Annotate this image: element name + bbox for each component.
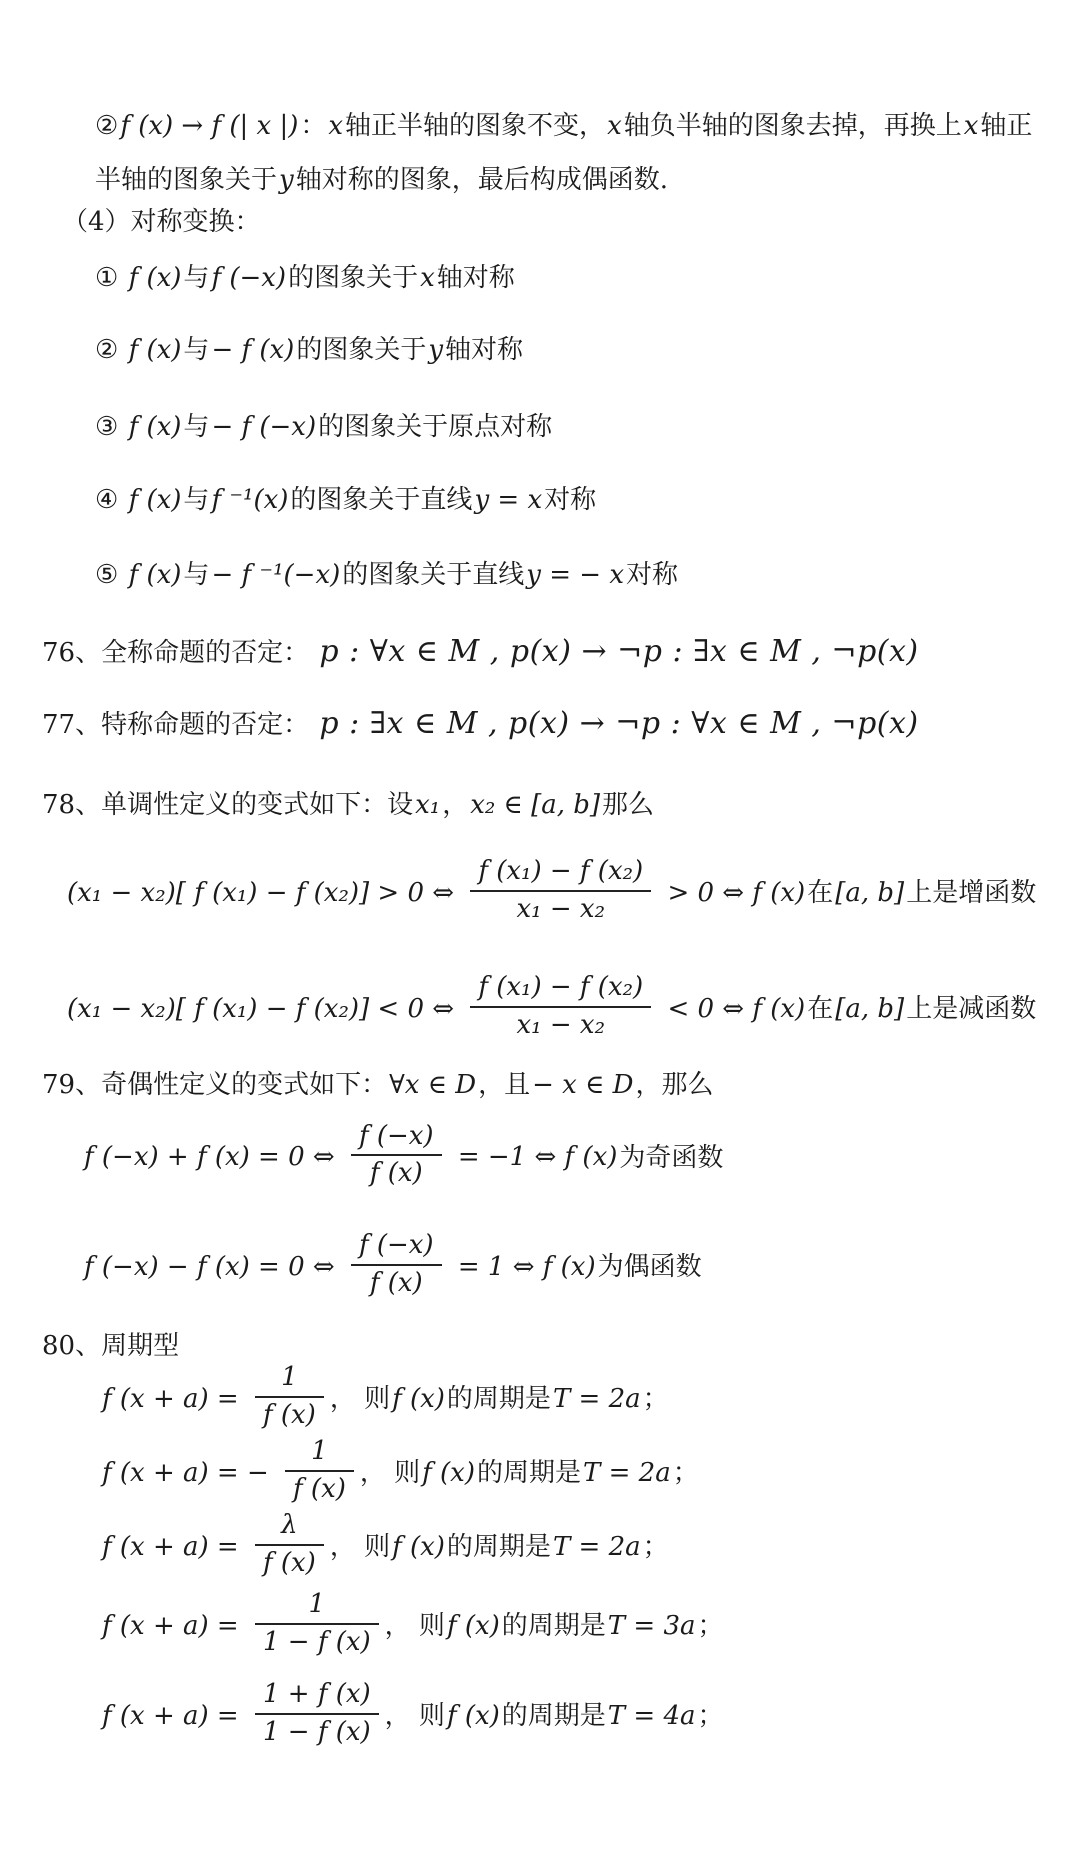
math-run: ∀x ∈ D [387, 1070, 478, 1100]
text-run: ② [95, 335, 127, 365]
math-run: x [326, 111, 345, 141]
math-run: f (x) [390, 1532, 447, 1562]
fraction-numerator: 1 [255, 1363, 324, 1398]
fraction: f (−x)f (x) [351, 1122, 442, 1190]
text-run: ； [643, 1532, 669, 1562]
text-run: 轴正 [980, 111, 1032, 141]
text-run: ， 则 [330, 1532, 390, 1562]
text-run: 为偶函数 [598, 1252, 702, 1282]
math-run: T = 2a [581, 1458, 673, 1488]
text-run: 在 [807, 994, 833, 1024]
text-run: 的周期是 [447, 1532, 551, 1562]
math-run: T = 4a [606, 1701, 698, 1731]
fraction-numerator: 1 [285, 1437, 354, 1472]
math-run: T = 2a [551, 1384, 643, 1414]
item-symmetry-2: ② f (x)与− f (x)的图象关于y轴对称 [0, 330, 1042, 370]
math-run: f (x) [127, 560, 184, 590]
fraction-denominator: f (x) [255, 1398, 324, 1431]
text-run: 半轴的图象关于 [95, 165, 277, 195]
document-page: ②f (x) → f (| x |)：x轴正半轴的图象不变，x轴负半轴的图象去掉… [0, 0, 1080, 1866]
fraction-denominator: f (x) [351, 1266, 442, 1299]
formula-odd-function: f (−x) + f (x) = 0 ⇔ f (−x)f (x) = −1 ⇔ … [0, 1125, 1042, 1193]
text-run: ， [442, 790, 468, 820]
math-run: f (−x) [209, 263, 288, 293]
text-run: 77、特称命题的否定： [42, 710, 317, 740]
math-run: f (x + a) = − [100, 1458, 279, 1488]
math-run: f (x) [445, 1701, 502, 1731]
heading-symmetry-transforms: （4）对称变换： [0, 202, 1042, 242]
math-run: = −1 ⇔ f (x) [448, 1142, 620, 1172]
math-run: f (x + a) = [100, 1611, 249, 1641]
text-run: 76、全称命题的否定： [42, 638, 317, 668]
text-run: ； [643, 1384, 669, 1414]
math-run: T = 3a [606, 1611, 698, 1641]
text-run: ③ [95, 412, 127, 442]
math-run: p : ∀x ∈ M , p(x) → ¬p : ∃x ∈ M , ¬p(x) [317, 634, 920, 669]
item-78-monotonicity-definition: 78、单调性定义的变式如下：设x₁，x₂ ∈ [a, b]那么 [0, 785, 1042, 825]
item-symmetry-4: ④ f (x)与f ⁻¹(x)的图象关于直线y = x对称 [0, 480, 1042, 520]
text-run: ； [698, 1701, 724, 1731]
text-run: ， 则 [385, 1701, 445, 1731]
fraction: 1 + f (x)1 − f (x) [255, 1680, 379, 1748]
text-run: ，且 [478, 1070, 530, 1100]
math-run: f ⁻¹(x) [209, 485, 290, 515]
text-run: 轴对称 [445, 335, 523, 365]
text-run: ， 则 [360, 1458, 420, 1488]
item-80-periodicity-title: 80、周期型 [0, 1326, 1042, 1366]
fraction-denominator: f (x) [285, 1472, 354, 1505]
text-run: 上是增函数 [906, 878, 1036, 908]
formula-decreasing-function: (x₁ − x₂)[ f (x₁) − f (x₂)] < 0 ⇔ f (x₁)… [0, 976, 1042, 1044]
math-run: x₂ ∈ [a, b] [468, 790, 602, 820]
text-run: 的图象关于原点对称 [318, 412, 552, 442]
text-run: 的图象关于 [296, 335, 426, 365]
formula-increasing-function: (x₁ − x₂)[ f (x₁) − f (x₂)] > 0 ⇔ f (x₁)… [0, 860, 1042, 928]
math-run: [a, b] [833, 878, 906, 908]
formula-period-3a: f (x + a) = 11 − f (x)， 则f (x)的周期是T = 3a… [0, 1593, 1042, 1661]
math-run: T = 2a [551, 1532, 643, 1562]
item-79-parity-definition: 79、奇偶性定义的变式如下：∀x ∈ D，且− x ∈ D，那么 [0, 1065, 1042, 1105]
text-run: ， 则 [385, 1611, 445, 1641]
fraction-denominator: x₁ − x₂ [470, 1008, 651, 1041]
math-run: f (x) [127, 335, 184, 365]
text-run: 与 [183, 263, 209, 293]
fraction: 1f (x) [255, 1363, 324, 1431]
math-run: f (x) [445, 1611, 502, 1641]
text-run: ， 则 [330, 1384, 390, 1414]
math-run: f (x) [390, 1384, 447, 1414]
text-run: 的周期是 [502, 1611, 606, 1641]
item-77-particular-proposition-negation: 77、特称命题的否定： p : ∃x ∈ M , p(x) → ¬p : ∀x … [0, 701, 1042, 748]
text-run: 的图象关于直线 [342, 560, 524, 590]
text-run: ① [95, 263, 127, 293]
math-run: f (x + a) = [100, 1532, 249, 1562]
formula-even-function: f (−x) − f (x) = 0 ⇔ f (−x)f (x) = 1 ⇔ f… [0, 1234, 1042, 1302]
fraction: f (−x)f (x) [351, 1231, 442, 1299]
text-run: 轴正半轴的图象不变， [345, 111, 605, 141]
math-run: − x ∈ D [530, 1070, 635, 1100]
math-run: x [605, 111, 624, 141]
para-abs-transform-line-2: 半轴的图象关于y轴对称的图象，最后构成偶函数. [0, 160, 1042, 200]
para-abs-transform-line-1: ②f (x) → f (| x |)：x轴正半轴的图象不变，x轴负半轴的图象去掉… [0, 106, 1042, 146]
fraction-numerator: f (x₁) − f (x₂) [470, 973, 651, 1008]
text-run: ⑤ [95, 560, 127, 590]
item-76-universal-proposition-negation: 76、全称命题的否定： p : ∀x ∈ M , p(x) → ¬p : ∃x … [0, 629, 1042, 676]
text-run: 的图象关于 [288, 263, 418, 293]
text-run: ，那么 [635, 1070, 713, 1100]
fraction-numerator: λ [255, 1511, 324, 1546]
text-run: 轴负半轴的图象去掉，再换上 [624, 111, 962, 141]
math-run: f (x) → f (| x |) [118, 111, 300, 141]
text-run: ： [300, 111, 326, 141]
text-run: 对称 [544, 485, 596, 515]
text-run: 的周期是 [502, 1701, 606, 1731]
text-run: 与 [183, 335, 209, 365]
fraction-numerator: f (−x) [351, 1231, 442, 1266]
math-run: (x₁ − x₂)[ f (x₁) − f (x₂)] < 0 ⇔ [65, 994, 464, 1024]
math-run: [a, b] [833, 994, 906, 1024]
text-run: 的图象关于直线 [290, 485, 472, 515]
formula-period-4a: f (x + a) = 1 + f (x)1 − f (x)， 则f (x)的周… [0, 1683, 1042, 1751]
text-run: ④ [95, 485, 127, 515]
item-symmetry-5: ⑤ f (x)与− f ⁻¹(−x)的图象关于直线y = − x对称 [0, 555, 1042, 595]
math-run: − f (−x) [209, 412, 318, 442]
math-run: = 1 ⇔ f (x) [448, 1252, 598, 1282]
fraction-numerator: f (−x) [351, 1122, 442, 1157]
math-run: f (x + a) = [100, 1701, 249, 1731]
math-run: y [277, 165, 296, 195]
math-run: x₁ [413, 790, 442, 820]
text-run: 在 [807, 878, 833, 908]
math-run: x [962, 111, 981, 141]
fraction: f (x₁) − f (x₂)x₁ − x₂ [470, 973, 651, 1041]
math-run: x [418, 263, 437, 293]
formula-period-2a-reciprocal: f (x + a) = 1f (x)， 则f (x)的周期是T = 2a； [0, 1366, 1042, 1434]
fraction-numerator: 1 + f (x) [255, 1680, 379, 1715]
text-run: ； [698, 1611, 724, 1641]
math-run: − f (x) [209, 335, 296, 365]
text-run: 与 [183, 485, 209, 515]
text-run: 78、单调性定义的变式如下：设 [42, 790, 413, 820]
fraction-denominator: 1 − f (x) [255, 1715, 379, 1748]
text-run: 的周期是 [447, 1384, 551, 1414]
fraction-denominator: 1 − f (x) [255, 1625, 379, 1658]
text-run: 轴对称 [437, 263, 515, 293]
text-run: ② [95, 111, 118, 141]
math-run: (x₁ − x₂)[ f (x₁) − f (x₂)] > 0 ⇔ [65, 878, 464, 908]
text-run: 那么 [602, 790, 654, 820]
text-run: ； [673, 1458, 699, 1488]
item-symmetry-1: ① f (x)与f (−x)的图象关于x轴对称 [0, 258, 1042, 298]
fraction-denominator: f (x) [351, 1156, 442, 1189]
fraction-numerator: 1 [255, 1590, 379, 1625]
math-run: f (x) [420, 1458, 477, 1488]
math-run: f (x) [127, 485, 184, 515]
text-run: 与 [183, 412, 209, 442]
fraction-denominator: f (x) [255, 1546, 324, 1579]
fraction: λf (x) [255, 1511, 324, 1579]
math-run: p : ∃x ∈ M , p(x) → ¬p : ∀x ∈ M , ¬p(x) [317, 706, 920, 741]
math-run: > 0 ⇔ f (x) [657, 878, 807, 908]
math-run: y [426, 335, 445, 365]
formula-period-2a-lambda: f (x + a) = λf (x)， 则f (x)的周期是T = 2a； [0, 1514, 1042, 1582]
math-run: f (−x) + f (x) = 0 ⇔ [82, 1142, 345, 1172]
fraction: 1f (x) [285, 1437, 354, 1505]
text-run: 79、奇偶性定义的变式如下： [42, 1070, 387, 1100]
math-run: < 0 ⇔ f (x) [657, 994, 807, 1024]
formula-period-2a-negative-reciprocal: f (x + a) = − 1f (x)， 则f (x)的周期是T = 2a； [0, 1440, 1042, 1508]
fraction-denominator: x₁ − x₂ [470, 892, 651, 925]
math-run: − f ⁻¹(−x) [209, 560, 342, 590]
math-run: f (x) [127, 263, 184, 293]
text-run: 与 [183, 560, 209, 590]
fraction: 11 − f (x) [255, 1590, 379, 1658]
math-run: y = x [472, 485, 544, 515]
text-run: 上是减函数 [906, 994, 1036, 1024]
math-run: f (x + a) = [100, 1384, 249, 1414]
text-run: 为奇函数 [619, 1142, 723, 1172]
text-run: 的周期是 [477, 1458, 581, 1488]
fraction-numerator: f (x₁) − f (x₂) [470, 857, 651, 892]
math-run: f (x) [127, 412, 184, 442]
math-run: y = − x [524, 560, 626, 590]
text-run: 轴对称的图象，最后构成偶函数. [296, 165, 668, 195]
math-run: f (−x) − f (x) = 0 ⇔ [82, 1252, 345, 1282]
fraction: f (x₁) − f (x₂)x₁ − x₂ [470, 857, 651, 925]
item-symmetry-3: ③ f (x)与− f (−x)的图象关于原点对称 [0, 407, 1042, 447]
text-run: 对称 [626, 560, 678, 590]
